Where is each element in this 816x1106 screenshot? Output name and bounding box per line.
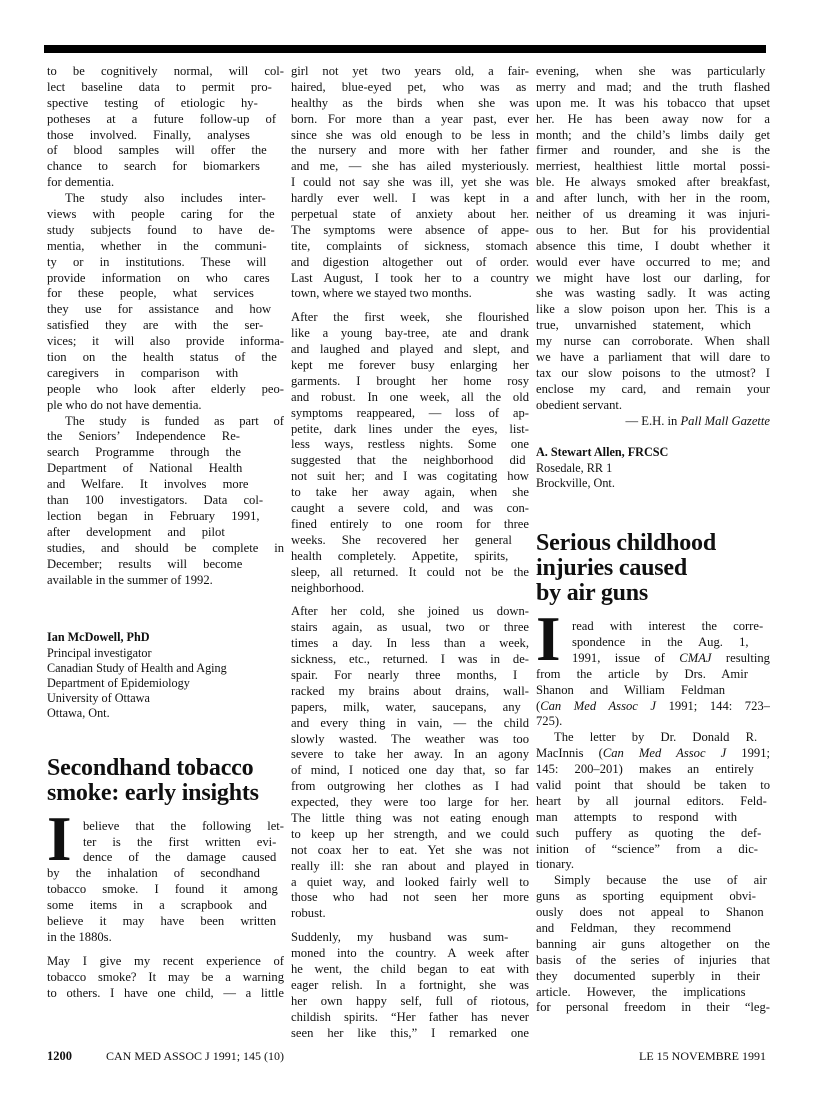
text-line-content: absence this time, I doubt whether it <box>536 239 770 253</box>
text-line: ously does not appeal to Shanon <box>536 905 770 921</box>
text-line-content: and laughed and played and slept, and <box>291 342 529 356</box>
heading-line: by air guns <box>536 581 770 606</box>
text-line-content: obedient servant. <box>536 398 622 412</box>
paragraph: After her cold, she joined us down-stair… <box>291 604 529 922</box>
text-line-content: some items in a scrapbook and <box>47 898 267 912</box>
text-line-content: less ways, restless nights. Some one <box>291 437 529 451</box>
letter-attribution: — E.H. in Pall Mall Gazette <box>536 414 770 430</box>
text-line: The study is funded as part of <box>47 414 284 430</box>
text-line: tobacco smoke? It may be a warning <box>47 970 284 986</box>
text-line: a quiet way, and looked fairly well to <box>291 875 529 891</box>
text-line-content: 145: 200–201) makes an entirely <box>536 762 754 776</box>
text-line: heart by all journal editors. Feld- <box>536 794 770 810</box>
text-line: After her cold, she joined us down- <box>291 604 529 620</box>
text-line: read with interest the corre- <box>536 619 770 635</box>
text-line-content: The study also includes inter- <box>65 191 266 205</box>
text-line: lection began in February 1991, <box>47 509 284 525</box>
text-line-content: to others. I have one child, — a little <box>47 986 284 1000</box>
text-line-content: article. However, the implications <box>536 985 746 999</box>
text-line-content: from outgrowing her clothes as I had <box>291 779 529 793</box>
text-line: potheses at a future follow-up of <box>47 112 284 128</box>
paragraph: Ibelieve that the following let-ter is t… <box>47 819 284 946</box>
heading-line: smoke: early insights <box>47 781 284 806</box>
text-line-content: tionary. <box>536 857 574 871</box>
text-line: The symptoms were absence of appe- <box>291 223 529 239</box>
paragraph: Iread with interest the corre-spondence … <box>536 619 770 730</box>
text-line-content: MacInnis (Can Med Assoc J 1991; <box>536 746 770 760</box>
text-line: Simply because the use of air <box>536 873 770 889</box>
text-line: vices; it will also provide informa- <box>47 334 284 350</box>
text-line: severe to take her away. In an agony <box>291 747 529 763</box>
text-line-content: Shanon and William Feldman <box>536 683 725 697</box>
paragraph: evening, when she was particularlymerry … <box>536 64 770 414</box>
paragraph: After the first week, she flourishedlike… <box>291 310 529 596</box>
text-line-content: in the 1880s. <box>47 930 112 944</box>
text-line: tite, complaints of sickness, stomach <box>291 239 529 255</box>
signature-detail: Rosedale, RR 1 <box>536 461 770 476</box>
text-line: (Can Med Assoc J 1991; 144: 723– <box>536 699 770 715</box>
text-line: her own happy self, full of riotous, <box>291 994 529 1010</box>
signature-detail: Canadian Study of Health and Aging <box>47 661 284 676</box>
text-line-content: fined entirely to one room for three <box>291 517 529 531</box>
text-line: May I give my recent experience of <box>47 954 284 970</box>
text-line-content: her own happy self, full of riotous, <box>291 994 529 1008</box>
text-line-content: robust. <box>291 906 326 920</box>
text-line: month; and the child’s limbs daily get <box>536 128 770 144</box>
text-line-content: my nurse can corroborate. When shall <box>536 334 770 348</box>
text-line-content: heart by all journal editors. Feld- <box>536 794 767 808</box>
text-line: true, unvarnished statement, which <box>536 318 770 334</box>
text-line-content: by the inhalation of secondhand <box>47 866 260 880</box>
text-line: Last August, I took her to a country <box>291 271 529 287</box>
text-line: The study also includes inter- <box>47 191 284 207</box>
text-line: petite, dark lines under the eyes, list- <box>291 422 529 438</box>
text-line: expected, they were too large for her. <box>291 795 529 811</box>
text-line: Shanon and William Feldman <box>536 683 770 699</box>
text-line: the Seniors’ Independence Re- <box>47 429 284 445</box>
text-line-content: Department of National Health <box>47 461 242 475</box>
text-line: The letter by Dr. Donald R. <box>536 730 770 746</box>
text-line-content: ble. He always smoked after breakfast, <box>536 175 770 189</box>
text-line-content: sickness, etc., returned. I was in de- <box>291 652 529 666</box>
text-line: MacInnis (Can Med Assoc J 1991; <box>536 746 770 762</box>
text-line: to keep up her strength, and we could <box>291 827 529 843</box>
text-line-content: slowly wasted. The weather was too <box>291 732 529 746</box>
text-line: Department of National Health <box>47 461 284 477</box>
text-line: from outgrowing her clothes as I had <box>291 779 529 795</box>
text-line-content: ter is the first written evi- <box>83 835 276 849</box>
text-line: than 100 investigators. Data col- <box>47 493 284 509</box>
text-line: symptoms reappeared, — loss of ap- <box>291 406 529 422</box>
text-line: ble. He always smoked after breakfast, <box>536 175 770 191</box>
text-line-content: since she was old enough to be less in <box>291 128 529 142</box>
text-line-content: childish spirits. “Her father has never <box>291 1010 529 1024</box>
text-line-content: and every thing in vain, — the child <box>291 716 529 730</box>
text-line: childish spirits. “Her father has never <box>291 1010 529 1026</box>
text-line-content: town, where we stayed two months. <box>291 286 472 300</box>
text-line: inition of “science” from a dic- <box>536 842 770 858</box>
text-line-content: tobacco smoke? It may be a warning <box>47 970 284 984</box>
text-line-content: he went, the child began to eat with <box>291 962 529 976</box>
text-line: such puffery as quoting the def- <box>536 826 770 842</box>
text-line-content: studies, and should be complete in <box>47 541 284 555</box>
text-line-content: man attempts to respond with <box>536 810 737 824</box>
text-line: spective testing of etiologic hy- <box>47 96 284 112</box>
paragraph: The letter by Dr. Donald R.MacInnis (Can… <box>536 730 770 873</box>
signature-detail: University of Ottawa <box>47 691 284 706</box>
text-line-content: perpetual state of anxiety about her. <box>291 207 529 221</box>
text-line: healthy as the birds when she was <box>291 96 529 112</box>
text-line: tionary. <box>536 857 770 873</box>
paragraph: to be cognitively normal, will col-lect … <box>47 64 284 191</box>
text-line-content: sleep, all returned. It could not be the <box>291 565 529 579</box>
text-line: tion on the health status of the <box>47 350 284 366</box>
text-line: guns as sporting equipment obvi- <box>536 889 770 905</box>
text-line: tobacco smoke. I found it among <box>47 882 284 898</box>
signature-block: A. Stewart Allen, FRCSCRosedale, RR 1Bro… <box>536 445 770 491</box>
text-line: 725). <box>536 714 770 730</box>
text-line: mentia, whether in the communi- <box>47 239 284 255</box>
text-line: Suddenly, my husband was sum- <box>291 930 529 946</box>
paragraph: The study also includes inter-views with… <box>47 191 284 413</box>
text-line: haired, blue-eyed pet, who was as <box>291 80 529 96</box>
text-line: would ever have occurred to me; and <box>536 255 770 271</box>
text-line: studies, and should be complete in <box>47 541 284 557</box>
text-line-content: those involved. Finally, analyses <box>47 128 250 142</box>
top-rule <box>44 45 766 53</box>
text-line-content: like a young bay-tree, ate and drank <box>291 326 529 340</box>
text-line-content: girl not yet two years old, a fair- <box>291 64 529 78</box>
text-line-content: tion on the health status of the <box>47 350 277 364</box>
text-line-content: such puffery as quoting the def- <box>536 826 761 840</box>
signature-name: Ian McDowell, PhD <box>47 630 284 645</box>
text-line-content: ple who do not have dementia. <box>47 398 202 412</box>
text-line-content: caught a severe cold, and was con- <box>291 501 529 515</box>
issue-date: LE 15 NOVEMBRE 1991 <box>639 1049 766 1063</box>
text-line-content: neighborhood. <box>291 581 364 595</box>
text-line-content: potheses at a future follow-up of <box>47 112 276 126</box>
text-line: and Welfare. It involves more <box>47 477 284 493</box>
heading-line: Serious childhood <box>536 531 770 556</box>
text-line-content: and Feldman, they recommend <box>536 921 731 935</box>
text-line-content: search Programme through the <box>47 445 241 459</box>
paragraph: May I give my recent experience oftobacc… <box>47 954 284 1002</box>
column-right: evening, when she was particularlymerry … <box>536 64 770 1016</box>
text-line: study subjects found to have de- <box>47 223 284 239</box>
text-line: man attempts to respond with <box>536 810 770 826</box>
drop-cap: I <box>47 815 72 863</box>
column-middle: girl not yet two years old, a fair-haire… <box>291 64 529 1041</box>
text-line-content: really ill: she ran about and played in <box>291 859 529 873</box>
text-line-content: The symptoms were absence of appe- <box>291 223 529 237</box>
text-line-content: banning air guns altogether on the <box>536 937 770 951</box>
text-line: times a day. In less than a week, <box>291 636 529 652</box>
text-line-content: of blood samples will offer the <box>47 143 267 157</box>
text-line: suggested that the neighborhood did <box>291 453 529 469</box>
text-line-content: expected, they were too large for her. <box>291 795 529 809</box>
text-line-content: ous to her. But for his providential <box>536 223 770 237</box>
paragraph: girl not yet two years old, a fair-haire… <box>291 64 529 302</box>
text-line-content: After her cold, she joined us down- <box>291 604 529 618</box>
text-line-content: ty or in institutions. These will <box>47 255 266 269</box>
text-line: to others. I have one child, — a little <box>47 986 284 1002</box>
text-line: born. For more than a year past, ever <box>291 112 529 128</box>
text-line-content: The study is funded as part of <box>65 414 284 428</box>
text-line: the nursery and more with her father <box>291 143 529 159</box>
heading-line: Secondhand tobacco <box>47 756 284 781</box>
text-line-content: moned into the country. A week after <box>291 946 529 960</box>
text-line: hardly ever well. I was kept in a <box>291 191 529 207</box>
text-line: he went, the child began to eat with <box>291 962 529 978</box>
text-line: absence this time, I doubt whether it <box>536 239 770 255</box>
text-line: town, where we stayed two months. <box>291 286 529 302</box>
text-line: caregivers in comparison with <box>47 366 284 382</box>
text-line-content: healthy as the birds when she was <box>291 96 529 110</box>
text-line: stairs again, as usual, two or three <box>291 620 529 636</box>
text-line-content: valid point that should be taken to <box>536 778 770 792</box>
text-line: firmer and rounder, and she is the <box>536 143 770 159</box>
text-line-content: she was wasting sadly. It was acting <box>536 286 770 300</box>
text-line-content: we might have lost our darling, for <box>536 271 770 285</box>
text-line: chance to search for biomarkers <box>47 159 284 175</box>
text-line-content: eager relish. In a fortnight, she was <box>291 978 529 992</box>
text-line-content: kept me forever busy enlarging her <box>291 358 529 372</box>
text-line: girl not yet two years old, a fair- <box>291 64 529 80</box>
text-line-content: times a day. In less than a week, <box>291 636 529 650</box>
text-line: sleep, all returned. It could not be the <box>291 565 529 581</box>
text-line: robust. <box>291 906 529 922</box>
text-line-content: they documented superbly in their <box>536 969 760 983</box>
text-line-content: of mind, I noticed one day that, so far <box>291 763 529 777</box>
text-line: and every thing in vain, — the child <box>291 716 529 732</box>
text-line: for dementia. <box>47 175 284 191</box>
text-line-content: 1991, issue of CMAJ resulting <box>572 651 770 665</box>
text-line: for personal freedom in their “leg- <box>536 1000 770 1016</box>
text-line-content: a quiet way, and looked fairly well to <box>291 875 529 889</box>
text-line-content: seen her like this,” I remarked one <box>291 1026 529 1040</box>
text-line-content: and after lunch, with her in the room, <box>536 191 770 205</box>
paragraph: Suddenly, my husband was sum-moned into … <box>291 930 529 1041</box>
text-line-content: tax our slow poisons to the utmost? I <box>536 366 770 380</box>
text-line-content: to be cognitively normal, will col- <box>47 64 284 78</box>
text-line-content: and digestion altogether out of order. <box>291 255 529 269</box>
text-line: The little thing was not eating enough <box>291 811 529 827</box>
text-line: perpetual state of anxiety about her. <box>291 207 529 223</box>
text-line-content: the Seniors’ Independence Re- <box>47 429 240 443</box>
text-line-content: The little thing was not eating enough <box>291 811 529 825</box>
text-line: ous to her. But for his providential <box>536 223 770 239</box>
section-heading: Serious childhoodinjuries causedby air g… <box>536 531 770 606</box>
text-line: 145: 200–201) makes an entirely <box>536 762 770 778</box>
text-line-content: garments. I brought her home rosy <box>291 374 529 388</box>
text-line: people who look after elderly peo- <box>47 382 284 398</box>
text-line: garments. I brought her home rosy <box>291 374 529 390</box>
text-line-content: inition of “science” from a dic- <box>536 842 758 856</box>
text-line-content: after development and pilot <box>47 525 225 539</box>
text-line-content: satisfied they are with the ser- <box>47 318 263 332</box>
text-line-content: spondence in the Aug. 1, <box>572 635 749 649</box>
text-line: 1991, issue of CMAJ resulting <box>536 651 770 667</box>
text-line-content: study subjects found to have de- <box>47 223 275 237</box>
text-line-content: born. For more than a year past, ever <box>291 112 529 126</box>
text-line-content: mentia, whether in the communi- <box>47 239 267 253</box>
text-line: not suit her; and I was cogitating how <box>291 469 529 485</box>
drop-cap: I <box>536 615 561 663</box>
text-line: like a young bay-tree, ate and drank <box>291 326 529 342</box>
text-line: I could not say she was ill, yet she was <box>291 175 529 191</box>
text-line-content: would ever have occurred to me; and <box>536 255 770 269</box>
text-line-content: lect baseline data to permit pro- <box>47 80 272 94</box>
text-line: spondence in the Aug. 1, <box>536 635 770 651</box>
text-line: of mind, I noticed one day that, so far <box>291 763 529 779</box>
text-line: and after lunch, with her in the room, <box>536 191 770 207</box>
signature-detail: Department of Epidemiology <box>47 676 284 691</box>
text-line-content: firmer and rounder, and she is the <box>536 143 770 157</box>
text-line: fined entirely to one room for three <box>291 517 529 533</box>
signature-block: Ian McDowell, PhDPrincipal investigatorC… <box>47 630 284 721</box>
text-line-content: not suit her; and I was cogitating how <box>291 469 529 483</box>
text-line-content: guns as sporting equipment obvi- <box>536 889 756 903</box>
text-line-content: for personal freedom in their “leg- <box>536 1000 770 1014</box>
text-line: neither of us dreaming it was injuri- <box>536 207 770 223</box>
journal-reference: CAN MED ASSOC J 1991; 145 (10) <box>106 1049 284 1063</box>
text-line-content: merry and mad; and the truth flashed <box>536 80 770 94</box>
text-line-content: basis of the series of injuries that <box>536 953 770 967</box>
text-line-content: from the article by Drs. Amir <box>536 667 748 681</box>
text-line: basis of the series of injuries that <box>536 953 770 969</box>
text-line: less ways, restless nights. Some one <box>291 437 529 453</box>
text-line-content: tobacco smoke. I found it among <box>47 882 278 896</box>
text-line-content: enclose my card, and remain your <box>536 382 770 396</box>
text-line: upon me. It was his tobacco that upset <box>536 96 770 112</box>
text-line-content: After the first week, she flourished <box>291 310 529 324</box>
text-line-content: Suddenly, my husband was sum- <box>291 930 508 944</box>
text-line-content: hardly ever well. I was kept in a <box>291 191 529 205</box>
text-line-content: haired, blue-eyed pet, who was as <box>291 80 526 94</box>
text-line: believe that the following let- <box>47 819 284 835</box>
text-line: we have a parliament that will dare to <box>536 350 770 366</box>
text-line: to be cognitively normal, will col- <box>47 64 284 80</box>
text-line: provide information on who cares <box>47 271 284 287</box>
text-line-content: evening, when she was particularly <box>536 64 765 78</box>
text-line-content: I could not say she was ill, yet she was <box>291 175 529 189</box>
text-line-content: than 100 investigators. Data col- <box>47 493 263 507</box>
text-line: in the 1880s. <box>47 930 284 946</box>
text-line-content: upon me. It was his tobacco that upset <box>536 96 770 110</box>
text-line: by the inhalation of secondhand <box>47 866 284 882</box>
section-heading: Secondhand tobaccosmoke: early insights <box>47 756 284 806</box>
text-line: merriest, healthiest little mortal possi… <box>536 159 770 175</box>
text-line-content: and Welfare. It involves more <box>47 477 248 491</box>
text-line: they documented superbly in their <box>536 969 770 985</box>
text-line: they use for assistance and how <box>47 302 284 318</box>
text-line: kept me forever busy enlarging her <box>291 358 529 374</box>
text-line: lect baseline data to permit pro- <box>47 80 284 96</box>
text-line: health completely. Appetite, spirits, <box>291 549 529 565</box>
text-line-content: for these people, what services <box>47 286 254 300</box>
text-line-content: for dementia. <box>47 175 114 189</box>
text-line: she was wasting sadly. It was acting <box>536 286 770 302</box>
text-line: we might have lost our darling, for <box>536 271 770 287</box>
text-line: of blood samples will offer the <box>47 143 284 159</box>
signature-detail: Ottawa, Ont. <box>47 706 284 721</box>
text-line-content: her. He has been away now for a <box>536 112 770 126</box>
text-line: views with people caring for the <box>47 207 284 223</box>
text-line: article. However, the implications <box>536 985 770 1001</box>
text-line: search Programme through the <box>47 445 284 461</box>
text-line: After the first week, she flourished <box>291 310 529 326</box>
text-line: moned into the country. A week after <box>291 946 529 962</box>
text-line-content: the nursery and more with her father <box>291 143 529 157</box>
text-line-content: papers, milk, water, saucepans, any <box>291 700 521 714</box>
text-line-content: true, unvarnished statement, which <box>536 318 751 332</box>
text-line: sickness, etc., returned. I was in de- <box>291 652 529 668</box>
text-line-content: and me, — she has ailed mysteriously. <box>291 159 529 173</box>
text-line: merry and mad; and the truth flashed <box>536 80 770 96</box>
text-line-content: vices; it will also provide informa- <box>47 334 284 348</box>
text-line: enclose my card, and remain your <box>536 382 770 398</box>
text-line: ty or in institutions. These will <box>47 255 284 271</box>
text-line: really ill: she ran about and played in <box>291 859 529 875</box>
text-line: ter is the first written evi- <box>47 835 284 851</box>
text-line: tax our slow poisons to the utmost? I <box>536 366 770 382</box>
text-line: valid point that should be taken to <box>536 778 770 794</box>
text-line-content: lection began in February 1991, <box>47 509 260 523</box>
text-line-content: to keep up her strength, and we could <box>291 827 529 841</box>
text-line-content: suggested that the neighborhood did <box>291 453 526 467</box>
text-line-content: severe to take her away. In an agony <box>291 747 529 761</box>
text-line: her. He has been away now for a <box>536 112 770 128</box>
signature-detail: Brockville, Ont. <box>536 476 770 491</box>
text-line-content: those who had not seen her more <box>291 890 529 904</box>
text-line-content: month; and the child’s limbs daily get <box>536 128 770 142</box>
text-line: like a slow poison upon her. This is a <box>536 302 770 318</box>
text-line: to take her away again, when she <box>291 485 529 501</box>
text-line: obedient servant. <box>536 398 770 414</box>
text-line: since she was old enough to be less in <box>291 128 529 144</box>
text-line-content: believe it may have been written <box>47 914 276 928</box>
text-line: spair. For nearly three months, I <box>291 668 529 684</box>
text-line: from the article by Drs. Amir <box>536 667 770 683</box>
text-line-content: available in the summer of 1992. <box>47 573 213 587</box>
text-line-content: spair. For nearly three months, I <box>291 668 517 682</box>
journal-page: to be cognitively normal, will col-lect … <box>0 0 816 1106</box>
text-line-content: petite, dark lines under the eyes, list- <box>291 422 529 436</box>
text-line: for these people, what services <box>47 286 284 302</box>
text-line: and Feldman, they recommend <box>536 921 770 937</box>
text-line-content: views with people caring for the <box>47 207 275 221</box>
text-line: available in the summer of 1992. <box>47 573 284 589</box>
text-line: and digestion altogether out of order. <box>291 255 529 271</box>
text-line-content: caregivers in comparison with <box>47 366 238 380</box>
text-line: weeks. She recovered her general <box>291 533 529 549</box>
text-line: slowly wasted. The weather was too <box>291 732 529 748</box>
text-line-content: The letter by Dr. Donald R. <box>554 730 757 744</box>
text-line: caught a severe cold, and was con- <box>291 501 529 517</box>
text-line: eager relish. In a fortnight, she was <box>291 978 529 994</box>
signature-name: A. Stewart Allen, FRCSC <box>536 445 770 460</box>
text-line: and me, — she has ailed mysteriously. <box>291 159 529 175</box>
text-line-content: health completely. Appetite, spirits, <box>291 549 508 563</box>
text-line-content: weeks. She recovered her general <box>291 533 512 547</box>
text-line-content: Simply because the use of air <box>554 873 767 887</box>
text-line-content: merriest, healthiest little mortal possi… <box>536 159 770 173</box>
text-line-content: we have a parliament that will dare to <box>536 350 770 364</box>
text-line-content: December; results will become <box>47 557 242 571</box>
paragraph: Simply because the use of airguns as spo… <box>536 873 770 1016</box>
text-line: evening, when she was particularly <box>536 64 770 80</box>
text-line-content: tite, complaints of sickness, stomach <box>291 239 528 253</box>
